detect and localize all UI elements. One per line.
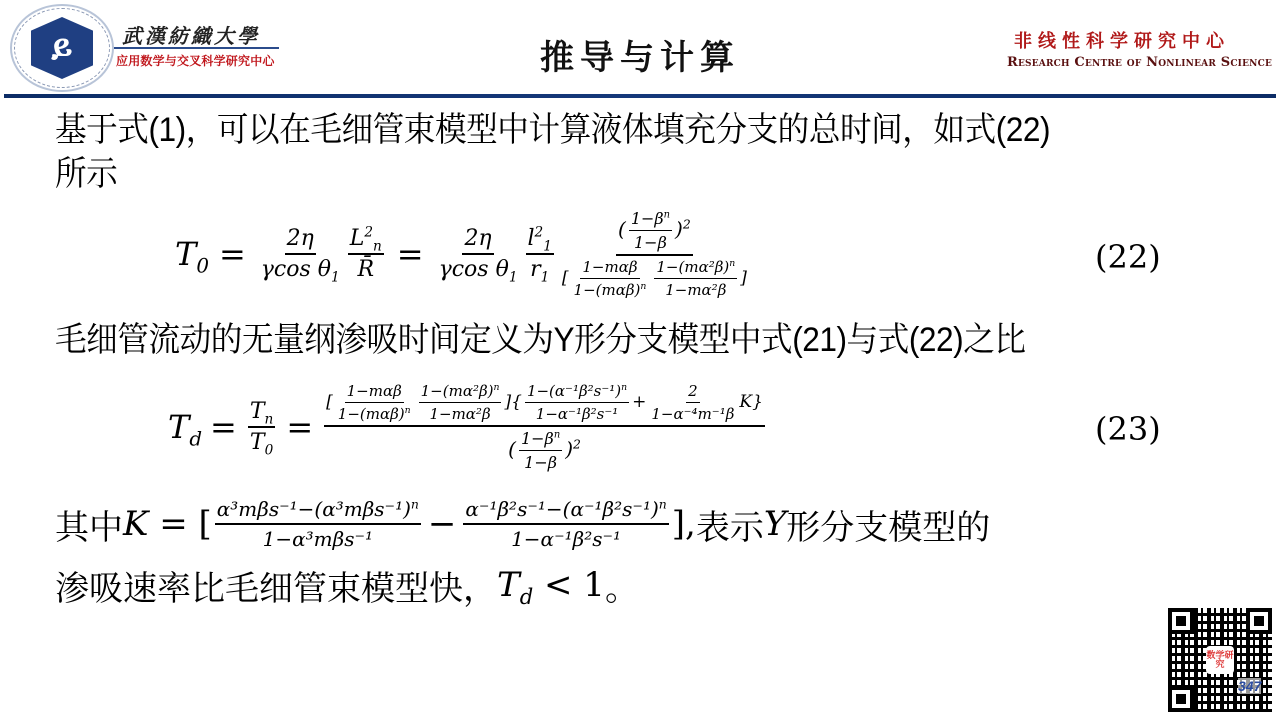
qr-code[interactable]: 数学研究 347	[1168, 608, 1272, 712]
k-frac-2: α⁻¹β²s⁻¹−(α⁻¹β²s⁻¹)n 1−α⁻¹β²s⁻¹	[463, 497, 668, 551]
equation-23-label: (23)	[1095, 410, 1161, 448]
paragraph-k-definition: 其中 K = [ α³mβs⁻¹−(α³mβs⁻¹)n 1−α³mβs⁻¹ − …	[55, 490, 990, 558]
research-centre-cn: 非线性科学研究中心	[1014, 27, 1230, 53]
equation-22: T0 = 2η γcos θ1 L2n R̄ = 2η γcos θ1 l21 …	[175, 200, 752, 308]
qr-center-logo-icon: 数学研究	[1206, 646, 1234, 674]
paragraph-definition: 毛细管流动的无量纲渗吸时间定义为Y形分支模型中式(21)与式(22)之比	[55, 318, 1026, 362]
eq23-lhs: Td	[168, 408, 202, 446]
equation-23: Td = Tn T0 = [1−mαβ1−(mαβ)n1−(mα²β)n1−mα…	[168, 368, 768, 486]
paragraph-intro: 基于式(1)，可以在毛细管束模型中计算液体填充分支的总时间，如式(22) 所示	[55, 108, 1050, 196]
qr-finder-bottom-left	[1168, 686, 1194, 712]
eq23-frac-Tn-T0: Tn T0	[248, 399, 275, 455]
k-frac-1: α³mβs⁻¹−(α³mβs⁻¹)n 1−α³mβs⁻¹	[215, 497, 421, 551]
equation-22-label: (22)	[1095, 238, 1161, 276]
eq23-equals-1: =	[210, 408, 237, 446]
paragraph-intro-line2: 所示	[55, 152, 1050, 196]
eq22-equals-2: =	[397, 235, 424, 273]
eq22-equals-1: =	[219, 235, 246, 273]
research-centre-en: Research Centre of Nonlinear Science	[1007, 55, 1272, 70]
paragraph-conclusion: 渗吸速率比毛细管束模型快， Td < 1 。	[55, 560, 639, 610]
paragraph-intro-line1: 基于式(1)，可以在毛细管束模型中计算液体填充分支的总时间，如式(22)	[55, 108, 1050, 152]
qr-badge: 347	[1238, 678, 1261, 694]
qr-finder-top-left	[1168, 608, 1194, 634]
header-divider	[4, 94, 1276, 98]
eq22-frac-l1-r1: l21 r1	[526, 226, 554, 282]
qr-finder-top-right	[1246, 608, 1272, 634]
eq22-frac-2eta-b: 2η γcos θ1	[437, 226, 520, 282]
eq23-big-frac: [1−mαβ1−(mαβ)n1−(mα²β)n1−mα²β]{1−(α⁻¹β²s…	[324, 382, 765, 472]
eq22-frac-2eta: 2η γcos θ1	[259, 226, 342, 282]
eq22-frac-Ln-R: L2n R̄	[348, 226, 384, 282]
eq22-lhs: T0	[175, 235, 209, 273]
eq23-equals-2: =	[286, 408, 313, 446]
eq22-big-frac: (1−βn1−β)2 [1−mαβ1−(mαβ)n1−(mα²β)n1−mα²β…	[560, 209, 749, 299]
